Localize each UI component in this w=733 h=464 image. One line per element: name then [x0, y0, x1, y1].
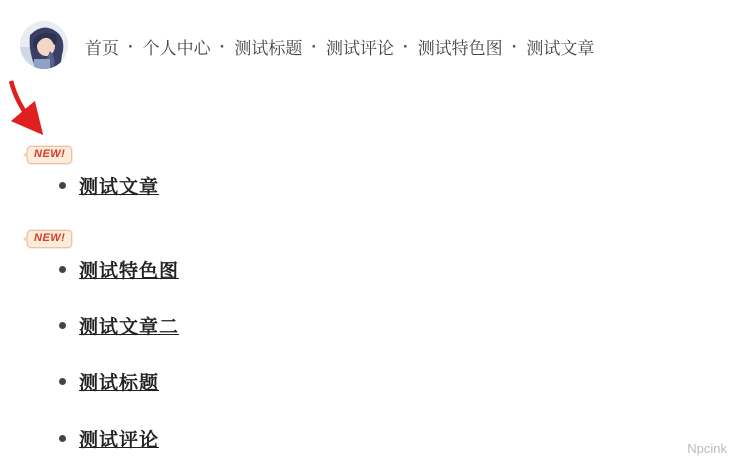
user-avatar[interactable] [20, 21, 68, 69]
nav-separator: · [512, 37, 518, 57]
nav-separator: · [128, 37, 134, 57]
avatar-image [20, 21, 68, 69]
nav-item-home[interactable]: 首页 [85, 34, 119, 59]
post-link-test-article[interactable]: 测试文章 [79, 172, 159, 199]
nav-separator: · [220, 37, 226, 57]
breadcrumb-nav: 首页 · 个人中心 · 测试标题 · 测试评论 · 测试特色图 · 测试文章 [85, 34, 594, 59]
bullet-icon [59, 182, 66, 189]
list-item: 测试特色图 [59, 256, 179, 282]
bullet-icon [59, 322, 66, 329]
nav-item-test-featured[interactable]: 测试特色图 [418, 34, 503, 59]
list-item: 测试文章二 [59, 312, 179, 338]
list-item: 测试评论 [59, 425, 159, 451]
nav-separator: · [311, 37, 317, 57]
watermark: Npcink [687, 441, 727, 456]
nav-item-test-title[interactable]: 测试标题 [234, 34, 302, 59]
bullet-icon [59, 378, 66, 385]
bullet-icon [59, 435, 66, 442]
post-link-test-comment[interactable]: 测试评论 [79, 425, 159, 452]
page: 首页 · 个人中心 · 测试标题 · 测试评论 · 测试特色图 · 测试文章 N… [0, 0, 733, 464]
list-item: 测试标题 [59, 368, 159, 394]
new-badge-icon: NEW! [27, 146, 72, 164]
nav-item-test-comment[interactable]: 测试评论 [326, 34, 394, 59]
bullet-icon [59, 266, 66, 273]
nav-item-profile[interactable]: 个人中心 [143, 34, 211, 59]
list-item: 测试文章 [59, 172, 159, 198]
red-arrow-annotation-icon [2, 76, 54, 138]
nav-item-test-article[interactable]: 测试文章 [526, 34, 594, 59]
post-link-test-title[interactable]: 测试标题 [79, 368, 159, 395]
new-badge-icon: NEW! [27, 230, 72, 248]
nav-separator: · [403, 37, 409, 57]
post-link-test-featured[interactable]: 测试特色图 [79, 256, 179, 283]
post-link-test-article-two[interactable]: 测试文章二 [79, 312, 179, 339]
